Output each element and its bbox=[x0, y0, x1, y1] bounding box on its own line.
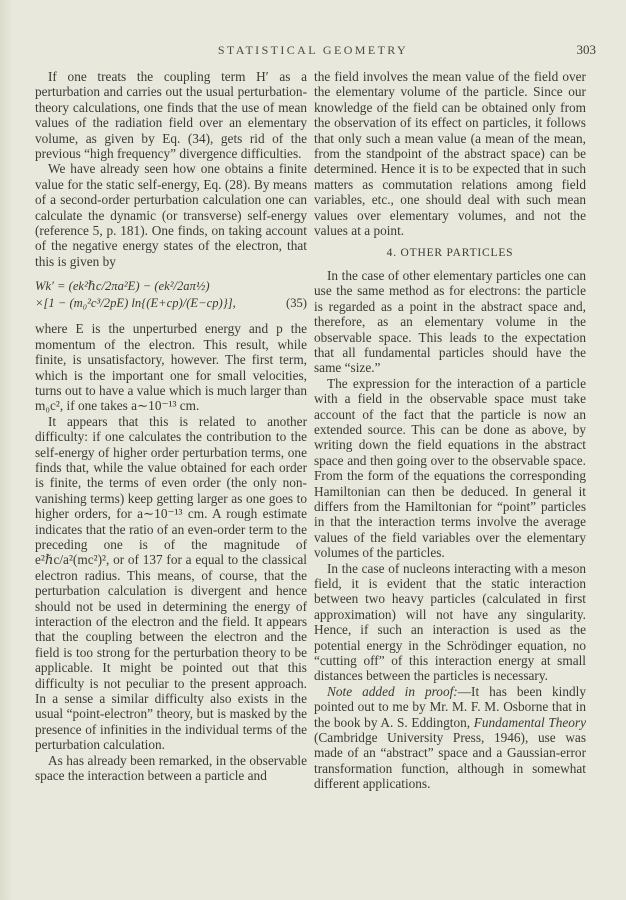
running-title: STATISTICAL GEOMETRY bbox=[0, 43, 626, 58]
running-head: STATISTICAL GEOMETRY 303 bbox=[0, 40, 626, 60]
equation-line: ×[1 − (m₀²c³/2pE) ln{(E+cp)/(E−cp)}], bbox=[35, 295, 307, 312]
equation-number: (35) bbox=[286, 295, 307, 312]
paragraph: the field involves the mean value of the… bbox=[314, 69, 586, 238]
paragraph: where E is the unperturbed energy and p … bbox=[35, 321, 307, 413]
section-heading: 4. OTHER PARTICLES bbox=[314, 246, 586, 261]
left-column: If one treats the coupling term H′ as a … bbox=[35, 69, 307, 783]
page-number: 303 bbox=[577, 42, 597, 58]
note-label: Note added in proof: bbox=[327, 684, 458, 699]
note-added-in-proof: Note added in proof:—It has been kindly … bbox=[314, 684, 586, 792]
paragraph: It appears that this is related to anoth… bbox=[35, 414, 307, 753]
page-edge-shadow bbox=[0, 0, 14, 900]
paragraph: We have already seen how one obtains a f… bbox=[35, 161, 307, 269]
paragraph: The expression for the interaction of a … bbox=[314, 376, 586, 561]
paragraph: In the case of other elementary particle… bbox=[314, 268, 586, 376]
paragraph: As has already been remarked, in the obs… bbox=[35, 753, 307, 784]
book-title: Fundamental Theory bbox=[474, 715, 586, 730]
paragraph: In the case of nucleons interacting with… bbox=[314, 561, 586, 684]
equation-35: Wk′ = (ek²ℏc/2πa²E) − (ek²/2aπ½) ×[1 − (… bbox=[35, 278, 307, 312]
equation-line: Wk′ = (ek²ℏc/2πa²E) − (ek²/2aπ½) bbox=[35, 278, 307, 295]
note-text: (Cambridge University Press, 1946), use … bbox=[314, 730, 586, 791]
right-column: the field involves the mean value of the… bbox=[314, 69, 586, 792]
paragraph: If one treats the coupling term H′ as a … bbox=[35, 69, 307, 161]
